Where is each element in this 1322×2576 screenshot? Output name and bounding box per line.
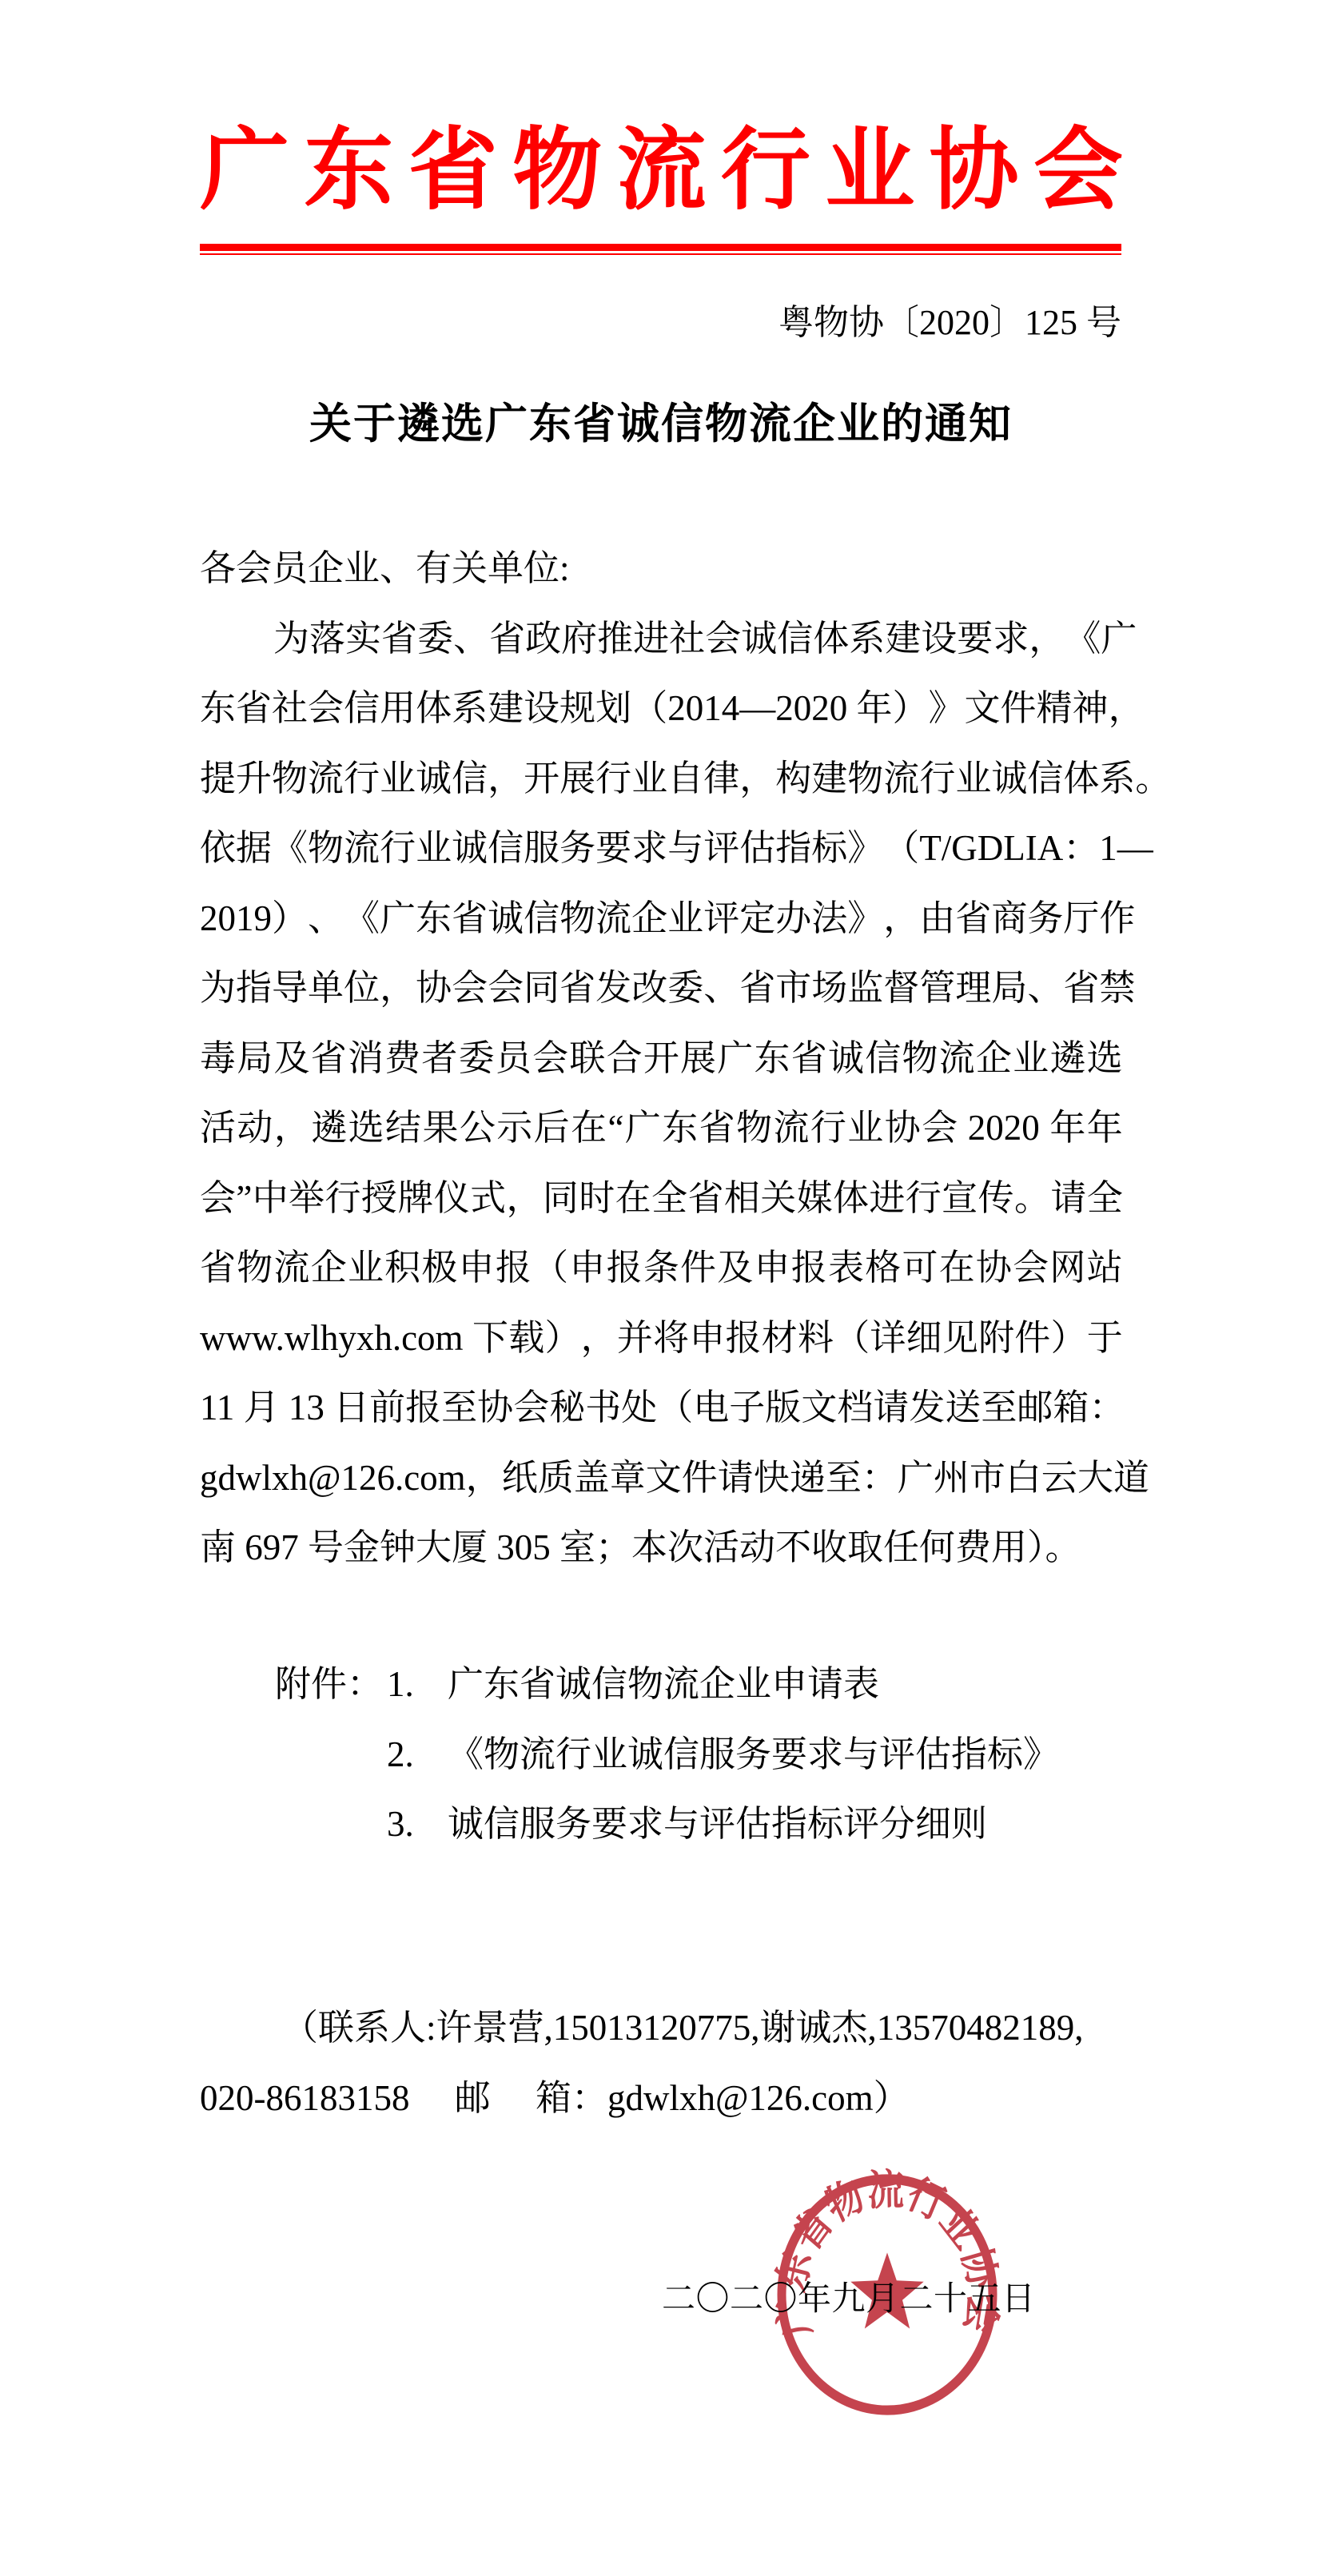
text-token: 省 [311,1024,347,1094]
letterhead-divider-thick [200,244,1121,251]
text-token: 同 [524,954,559,1024]
text-token: 建 [885,604,921,675]
text-token: 快 [754,1443,790,1514]
text-token: 秘 [549,1373,585,1443]
text-token: 东 [755,1024,790,1094]
text-token: 申 [569,1233,605,1304]
text-token: 流 [595,884,631,954]
text-token: 行 [595,744,631,814]
text-token: 于 [1087,1304,1123,1374]
text-token: 会 [922,1093,958,1164]
text-token: 自 [667,744,703,814]
text-token: 流 [939,1024,975,1094]
text-token: 厅 [1063,884,1099,954]
text-token: 电 [693,1373,729,1443]
attachments-label: 附件： [275,1650,387,1720]
text-token: 全 [651,1164,687,1234]
text-token: 月 [244,1373,280,1443]
text-token: 社 [669,604,705,675]
text-token: — [1117,814,1153,884]
text-token: 报 [496,1233,532,1304]
text-token: 位 [344,954,380,1024]
text-token: ： [1089,1373,1125,1443]
text-token: ， [1109,674,1145,744]
text-token: 服 [524,814,559,884]
text-token: 积 [384,1233,420,1304]
text-token: 省 [452,884,488,954]
text-token: 展 [559,744,595,814]
text-token: 企 [311,1233,347,1304]
text-token: （ [834,1304,870,1374]
text-token: 建 [488,674,524,744]
text-token: 质 [538,1443,574,1514]
text-token: 至 [981,1373,1017,1443]
text-token: ， [506,1164,542,1234]
document-title: 关于遴选广东省诚信物流企业的通知 [0,400,1322,448]
text-token: 云 [1041,1443,1077,1514]
text-token: 业 [847,1093,883,1164]
attachments-label [275,1790,387,1860]
text-token: 构 [775,744,811,814]
text-token: 指 [775,814,811,884]
text-token: 要 [595,814,631,884]
text-token: ， [274,1093,310,1164]
text-token: 选 [1087,1024,1123,1094]
text-token: 诚 [828,1024,864,1094]
text-token: 流 [308,744,344,814]
text-token: 1 [1099,814,1117,884]
text-token: 市 [775,954,811,1024]
text-token: 流 [344,814,380,884]
text-token: 广 [1101,604,1137,675]
text-token: 时 [579,1164,615,1234]
text-token: gdwlxh@126.com [200,1443,466,1514]
text-token: （ [657,1373,693,1443]
text-token: 业 [416,814,452,884]
text-token: 递 [790,1443,826,1514]
text-token: 报 [726,1304,762,1374]
text-token: 盖 [574,1443,610,1514]
letterhead-divider [200,244,1121,255]
body-line: 毒局及省消费者委员会联合开展广东省诚信物流企业遴选 [200,1024,1123,1094]
text-token: ， [488,744,524,814]
text-token: 业 [631,744,667,814]
text-token: 为 [200,954,236,1024]
text-token: 企 [976,1024,1012,1094]
document-date: 二〇二〇年九月二十五日 [662,2279,1036,2319]
letterhead-org-name: 广东省物流行业协会 [200,124,1123,218]
text-token: 省 [489,604,525,675]
text-token: 2014 [667,674,739,744]
text-token: 白 [1005,1443,1041,1514]
text-token: ： [862,1443,898,1514]
text-token: 附 [978,1304,1014,1374]
text-token: 务 [1027,884,1063,954]
body-line: 为落实省委、省政府推进社会诚信体系建设要求，《广 [200,604,1123,675]
text-token: 行 [810,1093,846,1164]
text-token: 请 [873,1373,909,1443]
text-token: 文 [965,674,1001,744]
text-token: 行 [906,1164,942,1234]
text-token: 业 [348,1233,384,1304]
text-token: 料 [798,1304,834,1374]
text-token: ， [1029,604,1065,675]
text-token: 信 [777,604,813,675]
contact-block: （联系人:许景营,15013120775,谢诚杰,13570482189, 02… [200,1993,1159,2133]
text-token: 省 [1063,954,1099,1024]
text-token: 委 [667,954,703,1024]
text-token: 局 [237,1024,273,1094]
text-token: 物 [902,1024,938,1094]
text-token: 系 [1099,744,1135,814]
text-token: 同 [543,1164,579,1234]
text-token: ： [1063,814,1099,884]
text-token: 前 [369,1373,405,1443]
text-token: 广 [200,124,289,218]
attachment-number: 1. [387,1650,448,1720]
body-line: 活动，遴选结果公示后在“广东省物流行业协会 2020 年年 [200,1093,1123,1164]
text-token: 省 [200,1233,236,1304]
text-token: 年 [856,674,892,744]
text-token: 版 [765,1373,801,1443]
text-token: 可 [902,1233,938,1304]
text-token: 、 [1027,954,1063,1024]
text-token: 省 [408,124,498,218]
text-token: 年 [1087,1093,1123,1164]
body-line: 提升物流行业诚信，开展行业自律，构建物流行业诚信体系。 [200,744,1123,814]
text-token: 报 [405,1373,441,1443]
text-token: 体 [1063,744,1099,814]
text-token: 信 [488,814,524,884]
text-token: 果 [422,1093,458,1164]
text-token: 定 [739,884,775,954]
body-line: 为指导单位，协会会同省发改委、省市场监督管理局、省禁 [200,954,1123,1024]
text-token: 会 [513,1373,549,1443]
text-token: 文 [646,1443,682,1514]
text-token: 省 [236,674,272,744]
text-token: 业 [825,124,914,218]
text-token: www.wlhyxh.com [200,1304,472,1374]
text-token: 业 [667,884,703,954]
text-token: 年 [1049,1093,1085,1164]
text-token: 单 [308,954,344,1024]
text-token: 及 [273,1024,309,1094]
text-token: 授 [361,1164,397,1234]
text-token: 发 [909,1373,945,1443]
document-page: 广东省物流行业协会 粤物协〔2020〕125 号 关于遴选广东省诚信物流企业的通… [0,0,1322,2576]
text-token: 件 [680,1233,716,1304]
text-token: 求 [631,814,667,884]
text-token: 协 [416,954,452,1024]
text-token: 2019 [200,884,272,954]
text-token: 箱 [1053,1373,1089,1443]
text-token: 指 [236,954,272,1024]
attachment-item: 3.诚信服务要求与评估指标评分细则 [275,1790,1059,1860]
text-token: 、 [453,604,489,675]
text-token: 13 [280,1373,334,1443]
text-token: 展 [680,1024,716,1094]
text-token: 会 [1033,124,1123,218]
text-token: 东 [662,1093,698,1164]
text-token: 诚 [741,604,777,675]
text-token: 行 [344,744,380,814]
text-token: 《 [344,884,380,954]
text-token: 相 [724,1164,760,1234]
text-token: 媒 [797,1164,833,1234]
text-token: 广 [898,1443,934,1514]
text-token: 省 [381,604,417,675]
text-token: 见 [942,1304,978,1374]
text-token: 广 [625,1093,661,1164]
text-token: 联 [569,1024,605,1094]
text-token: 件 [682,1443,718,1514]
text-token: 行 [325,1164,361,1234]
attachment-title: 《物流行业诚信服务要求与评估指标》 [448,1720,1059,1790]
text-token: 据 [236,814,272,884]
text-token: 载 [508,1304,544,1374]
text-token: 实 [345,604,381,675]
text-token: 由 [919,884,955,954]
salutation: 各会员企业、有关单位: [200,534,1123,604]
text-token: 诚 [416,744,452,814]
text-token: 在 [939,1233,975,1304]
text-token: ） [544,1304,580,1374]
text-token: 神 [1073,674,1109,744]
text-token: 报 [791,1233,827,1304]
text-token: 与 [667,814,703,884]
attachment-title: 广东省诚信物流企业申请表 [448,1650,879,1720]
text-token: 纸 [502,1443,538,1514]
text-token: 业 [1013,1024,1049,1094]
text-token: 信 [452,744,488,814]
text-token: 消 [348,1024,384,1094]
text-token: 物 [308,814,344,884]
text-token: 件 [1014,1304,1050,1374]
text-token: 表 [828,1233,864,1304]
text-token: 局 [991,954,1027,1024]
text-token: 体 [416,674,452,744]
text-token: 落 [309,604,345,675]
text-token: 业 [380,744,416,814]
attachment-title: 诚信服务要求与评估指标评分细则 [448,1790,987,1860]
text-token: 监 [847,954,883,1024]
text-token: 详 [870,1304,906,1374]
text-token: 2020 [959,1093,1049,1164]
text-token: 在 [571,1093,607,1164]
text-token: ， [380,954,416,1024]
text-token: 信 [1027,744,1063,814]
text-token: 传 [978,1164,1014,1234]
text-token: 务 [559,814,595,884]
text-token: 政 [525,604,561,675]
text-token: 省 [955,884,991,954]
text-token: 结 [385,1093,421,1164]
attachments-list: 附件：1.广东省诚信物流企业申请表2.《物流行业诚信服务要求与评估指标》3.诚信… [275,1650,1059,1860]
text-token: 举 [289,1164,325,1234]
text-token: 牌 [397,1164,433,1234]
document-number: 粤物协〔2020〕125 号 [200,303,1121,343]
text-token: 系 [452,674,488,744]
text-token: 规 [559,674,595,744]
text-token: 委 [417,604,453,675]
body-line: 南 697 号金钟大厦 305 室；本次活动不收取任何费用）。 [200,1513,1123,1583]
text-token: 遴 [311,1093,347,1164]
text-token: 省 [739,954,775,1024]
text-token: 系 [849,604,885,675]
text-token: 送 [945,1373,981,1443]
text-token: 物 [272,744,308,814]
text-token: 为 [273,604,309,675]
text-token: 在 [615,1164,651,1234]
text-token: 评 [703,884,739,954]
text-token: ） [1051,1304,1087,1374]
text-token: 书 [585,1373,621,1443]
text-token: 会 [705,604,741,675]
text-token: 章 [610,1443,646,1514]
text-token: 并 [617,1304,653,1374]
body-line: 依据《物流行业诚信服务要求与评估指标》（T/GDLIA：1— [200,814,1123,884]
text-token: 东 [416,884,452,954]
text-token: 流 [773,1093,809,1164]
text-token: 报 [607,1233,643,1304]
text-token: 升 [236,744,272,814]
text-token: 社 [272,674,308,744]
text-token: 广 [717,1024,753,1094]
text-token: 者 [421,1024,457,1094]
text-token: 》 [847,814,883,884]
body-line: 省物流企业积极申报（申报条件及申报表格可在协会网站 [200,1233,1123,1304]
text-token: 开 [524,744,559,814]
text-token: 会 [1013,1233,1049,1304]
text-token: — [739,674,775,744]
text-token: 材 [762,1304,798,1374]
attachment-number: 3. [387,1790,448,1860]
text-token: 道 [1113,1443,1149,1514]
text-token: 省 [687,1164,723,1234]
text-token: 求 [993,604,1029,675]
text-token: 法 [811,884,847,954]
text-token: 毒 [200,1024,236,1094]
text-token: 作 [1099,884,1135,954]
text-token: 体 [833,1164,869,1234]
text-token: 律 [703,744,739,814]
attachment-item: 2.《物流行业诚信服务要求与评估指标》 [275,1720,1059,1790]
text-token: 行 [721,124,810,218]
text-token: 中 [253,1164,289,1234]
text-token: 物 [512,124,602,218]
text-token: 省 [791,1024,827,1094]
text-token: 请 [1050,1164,1086,1234]
text-token: T/GDLIA [919,814,1063,884]
text-token: 协 [885,1093,921,1164]
text-token: 商 [991,884,1027,954]
text-token: 场 [811,954,847,1024]
text-token: 选 [348,1093,384,1164]
text-token: ） [272,884,308,954]
text-token: 站 [1087,1233,1123,1304]
text-token: 诚 [991,744,1027,814]
text-token: 后 [534,1093,570,1164]
text-token: 全 [1087,1164,1123,1234]
text-token: 会 [488,954,524,1024]
text-token: 会 [308,674,344,744]
text-token: 关 [760,1164,796,1234]
text-token: 文 [801,1373,837,1443]
text-token: 协 [930,124,1019,218]
body-line: 2019）、《广东省诚信物流企业评定办法》，由省商务厅作 [200,884,1123,954]
text-token: “ [607,1093,623,1164]
attachment-number: 2. [387,1720,448,1790]
text-token: 划 [595,674,631,744]
text-token: 将 [653,1304,689,1374]
text-token: 办 [775,884,811,954]
text-token: 建 [811,744,847,814]
text-token: 至 [441,1373,477,1443]
text-token: 禁 [1099,954,1135,1024]
text-token: （ [532,1233,568,1304]
text-token: 省 [559,954,595,1024]
text-token: 《 [272,814,308,884]
body-line: gdwlxh@126.com，纸质盖章文件请快递至：广州市白云大道 [200,1443,1123,1514]
text-token: 极 [421,1233,457,1304]
text-token: 示 [496,1093,532,1164]
text-token: 件 [1001,674,1037,744]
text-token: 下 [472,1304,508,1374]
text-token: 11 [200,1373,244,1443]
text-token: 评 [703,814,739,884]
text-token: 细 [906,1304,942,1374]
text-token: 估 [739,814,775,884]
text-token: 物 [237,1233,273,1304]
body-line: 会”中举行授牌仪式，同时在全省相关媒体进行宣传。请全 [200,1164,1123,1234]
text-token: 物 [736,1093,772,1164]
text-token: 宣 [942,1164,978,1234]
text-token: 市 [970,1443,1005,1514]
text-token: 广 [380,884,416,954]
letterhead-divider-thin [200,253,1121,255]
text-token: 东 [200,674,236,744]
text-token: 流 [883,744,919,814]
text-token: 会 [200,1164,236,1234]
attachment-item: 附件：1.广东省诚信物流企业申请表 [275,1650,1059,1720]
text-token: 式 [470,1164,506,1234]
text-token: 进 [869,1164,905,1234]
text-token: 申 [689,1304,725,1374]
text-token: 州 [934,1443,970,1514]
text-token: 请 [718,1443,754,1514]
text-token: 体 [813,604,849,675]
text-token: 费 [384,1024,420,1094]
text-token: 合 [607,1024,643,1094]
text-token: 员 [496,1024,532,1094]
text-token: ） [892,674,928,744]
text-token: 申 [755,1233,790,1304]
text-token: 开 [643,1024,679,1094]
text-token: 改 [631,954,667,1024]
text-token: 精 [1037,674,1073,744]
text-token: 邮 [1017,1373,1053,1443]
text-token: 协 [976,1233,1012,1304]
text-token: 信 [344,674,380,744]
text-token: 档 [837,1373,873,1443]
text-token: 2020 [775,674,856,744]
body-paragraph: 为落实省委、省政府推进社会诚信体系建设要求，《广东省社会信用体系建设规划（201… [200,604,1123,1583]
text-token: 会 [452,954,488,1024]
text-token: 省 [699,1093,735,1164]
attachments-label [275,1720,387,1790]
text-token: （ [631,674,667,744]
text-token: 会 [532,1024,568,1094]
